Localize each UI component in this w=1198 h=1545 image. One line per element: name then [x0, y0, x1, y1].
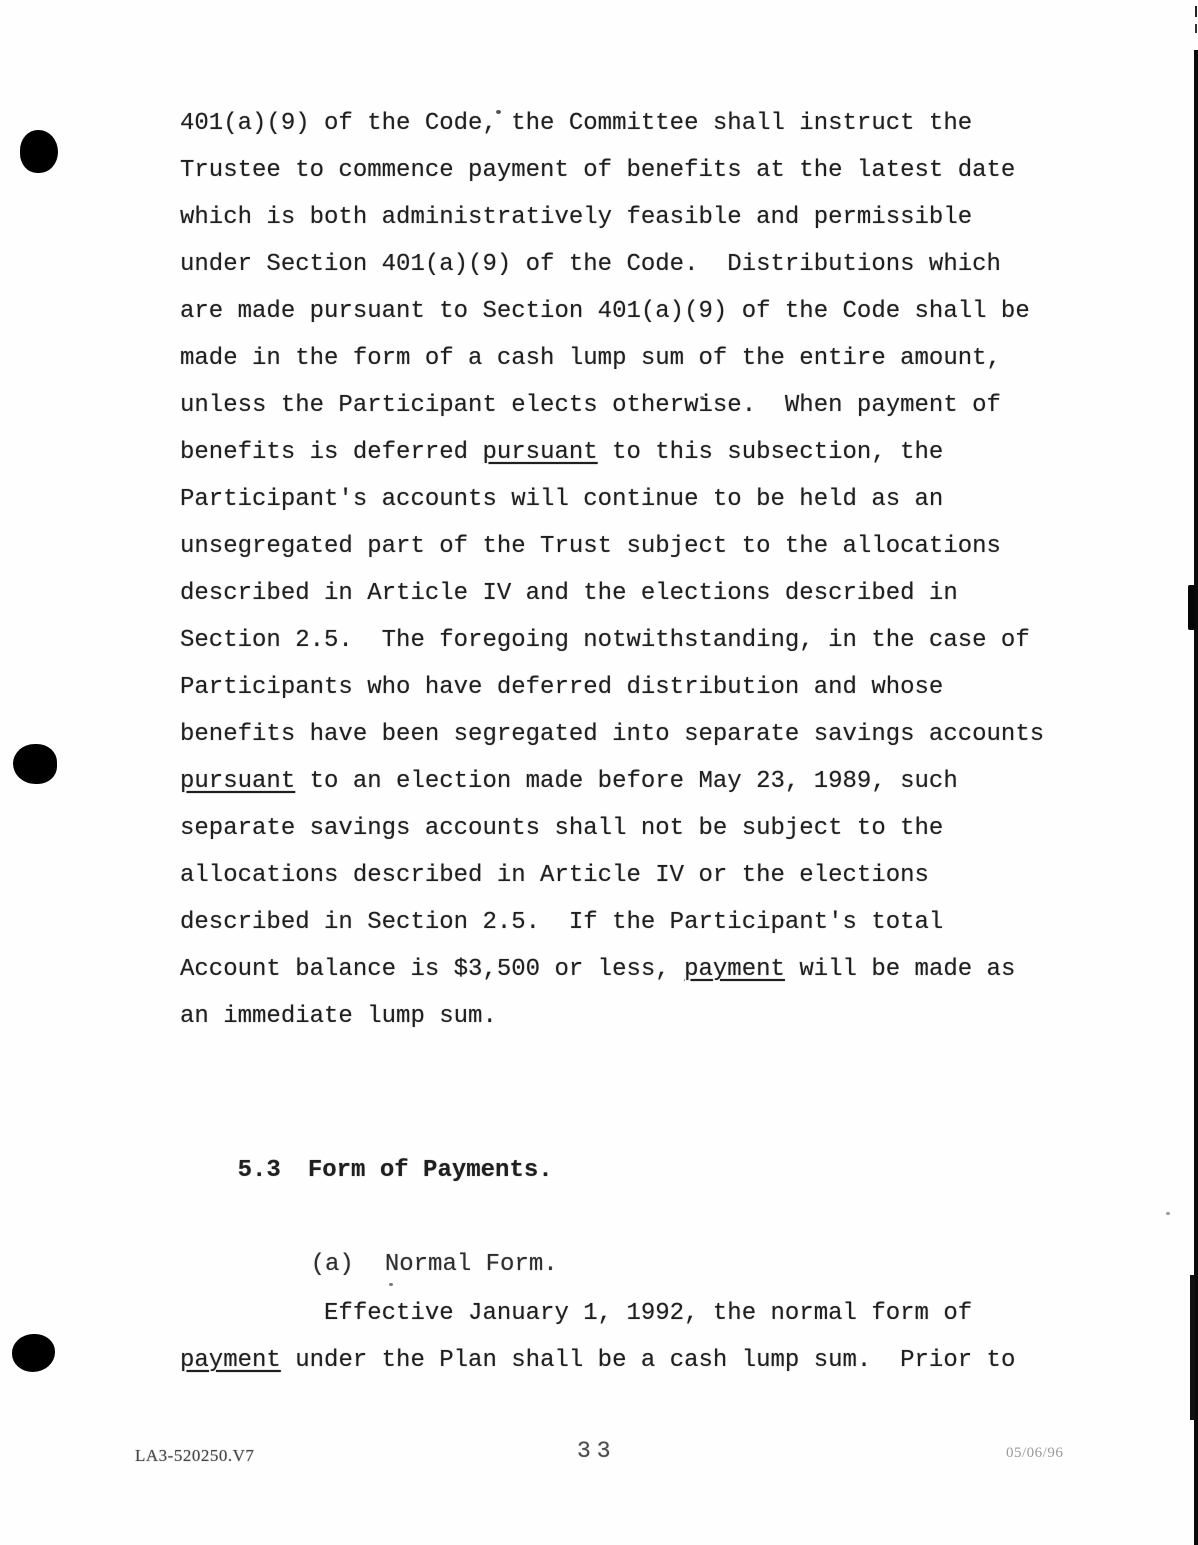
text-line: benefits is deferred pursuant to this su… [180, 429, 1044, 476]
page-number: 33 [577, 1438, 617, 1464]
text-line: benefits have been segregated into separ… [180, 711, 1044, 758]
text-line: described in Section 2.5. If the Partici… [180, 899, 1044, 946]
text-line: made in the form of a cash lump sum of t… [180, 335, 1044, 382]
text-line: Account balance is $3,500 or less, payme… [180, 946, 1044, 993]
text-line: pursuant to an election made before May … [180, 758, 1044, 805]
text-line: payment under the Plan shall be a cash l… [180, 1337, 1015, 1384]
subsection-title: Normal Form. [385, 1251, 558, 1278]
text-line: under Section 401(a)(9) of the Code. Dis… [180, 241, 1044, 288]
text-line: separate savings accounts shall not be s… [180, 805, 1044, 852]
section-title: Form of Payments. [308, 1157, 553, 1184]
body-paragraph: 401(a)(9) of the Code, the Committee sha… [180, 100, 1044, 1040]
text-line: allocations described in Article IV or t… [180, 852, 1044, 899]
hole-punch-mark [20, 130, 58, 173]
scan-edge-mark [1188, 585, 1195, 630]
text-line: Section 2.5. The foregoing notwithstandi… [180, 617, 1044, 664]
text-line: 401(a)(9) of the Code, the Committee sha… [180, 100, 1044, 147]
text-line: are made pursuant to Section 401(a)(9) o… [180, 288, 1044, 335]
text-line: Trustee to commence payment of benefits … [180, 147, 1044, 194]
text-line: Participants who have deferred distribut… [180, 664, 1044, 711]
text-line: Effective January 1, 1992, the normal fo… [180, 1290, 1015, 1337]
hole-punch-mark [13, 744, 57, 784]
footer-date: 05/06/96 [1006, 1445, 1063, 1462]
scan-edge-mark [1195, 24, 1197, 33]
subsection-label: (a) [311, 1251, 354, 1278]
text-line: described in Article IV and the election… [180, 570, 1044, 617]
document-page: 401(a)(9) of the Code, the Committee sha… [0, 0, 1198, 1545]
text-line: unless the Participant elects otherwise.… [180, 382, 1044, 429]
scan-edge-mark [1190, 1275, 1195, 1420]
section-number: 5.3 [238, 1157, 281, 1184]
closing-paragraph: Effective January 1, 1992, the normal fo… [180, 1290, 1015, 1384]
text-line: an immediate lump sum. [180, 993, 1044, 1040]
text-line: which is both administratively feasible … [180, 194, 1044, 241]
document-id: LA3-520250.V7 [135, 1446, 254, 1466]
text-line: Participant's accounts will continue to … [180, 476, 1044, 523]
text-line: unsegregated part of the Trust subject t… [180, 523, 1044, 570]
scan-speck [1166, 1212, 1170, 1215]
hole-punch-mark [12, 1334, 55, 1372]
scan-edge-mark [1195, 6, 1197, 17]
